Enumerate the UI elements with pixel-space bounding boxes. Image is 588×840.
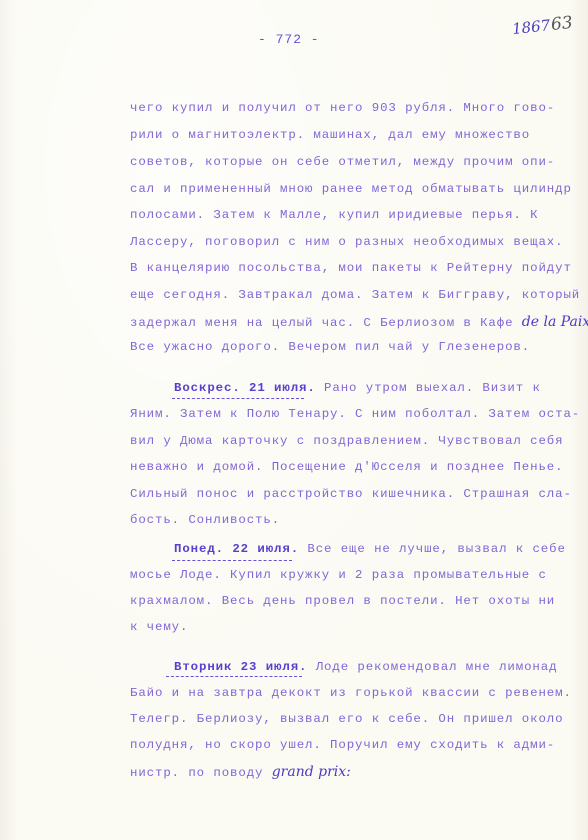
text-line: сал и примененный мною ранее метод обмат… <box>130 182 572 196</box>
text-line: вил у Дюма карточку с поздравлением. Чув… <box>130 434 563 448</box>
text-line: неважно и домой. Посещение д'Юсселя и по… <box>130 460 563 474</box>
text-line: мосье Лоде. Купил кружку и 2 раза промыв… <box>130 568 547 582</box>
archive-year: 1867 <box>511 16 551 38</box>
entry-date-heading: Воскрес. 21 июля. <box>174 381 316 395</box>
page-number: - 772 - <box>258 32 320 47</box>
text-line: Сильный понос и расстройство кишечника. … <box>130 487 572 501</box>
entry-date-heading: Вторник 23 июля. <box>174 660 307 674</box>
handwritten-insert: de la Paix. <box>522 314 588 330</box>
text-line: советов, которые он себе отметил, между … <box>130 155 555 169</box>
document-page: - 772 - 186763 чего купил и получил от н… <box>0 0 588 840</box>
text-line: полосами. Затем к Малле, купил иридиевые… <box>130 208 538 222</box>
archive-mark: 186763 <box>511 13 574 39</box>
handwritten-insert: grand prix: <box>272 764 351 780</box>
text-line: Яним. Затем к Полю Тенару. С ним поболта… <box>130 407 580 421</box>
text-line: рили о магнитоэлектр. машинах, дал ему м… <box>130 128 530 142</box>
text-segment: Рано утром выехал. Визит к <box>316 381 541 395</box>
text-line: полудня, но скоро ушел. Поручил ему сход… <box>130 738 555 752</box>
entry-date-heading: Понед. 22 июля. <box>174 542 299 556</box>
entry-first-line: Понед. 22 июля. Все еще не лучше, вызвал… <box>174 542 566 556</box>
date-underline <box>172 398 304 399</box>
date-underline <box>172 560 292 561</box>
text-line: нистр. по поводу grand prix: <box>130 764 351 780</box>
text-segment: Лоде рекомендовал мне лимонад <box>307 660 557 674</box>
text-segment: задержал меня на целый час. С Берлиозом … <box>130 316 513 330</box>
text-line: Телегр. Берлиозу, вызвал его к себе. Он … <box>130 712 563 726</box>
text-line: В канцелярию посольства, мои пакеты к Ре… <box>130 261 572 275</box>
archive-number: 63 <box>550 13 574 35</box>
text-line: задержал меня на целый час. С Берлиозом … <box>130 314 588 330</box>
entry-first-line: Воскрес. 21 июля. Рано утром выехал. Виз… <box>174 381 541 395</box>
text-segment: Все еще не лучше, вызвал к себе <box>299 542 566 556</box>
text-line: Все ужасно дорого. Вечером пил чай у Гле… <box>130 340 530 354</box>
text-segment: нистр. по поводу <box>130 766 263 780</box>
text-line: Лассеру, поговорил с ним о разных необхо… <box>130 235 563 249</box>
text-line: крахмалом. Весь день провел в постели. Н… <box>130 594 555 608</box>
date-underline <box>166 676 302 677</box>
text-line: бость. Сонливость. <box>130 513 280 527</box>
entry-first-line: Вторник 23 июля. Лоде рекомендовал мне л… <box>174 660 557 674</box>
text-line: еще сегодня. Завтракал дома. Затем к Биг… <box>130 288 580 302</box>
text-line: к чему. <box>130 620 188 634</box>
text-line: чего купил и получил от него 903 рубля. … <box>130 101 555 115</box>
text-line: Байо и на завтра декокт из горькой квасс… <box>130 686 572 700</box>
